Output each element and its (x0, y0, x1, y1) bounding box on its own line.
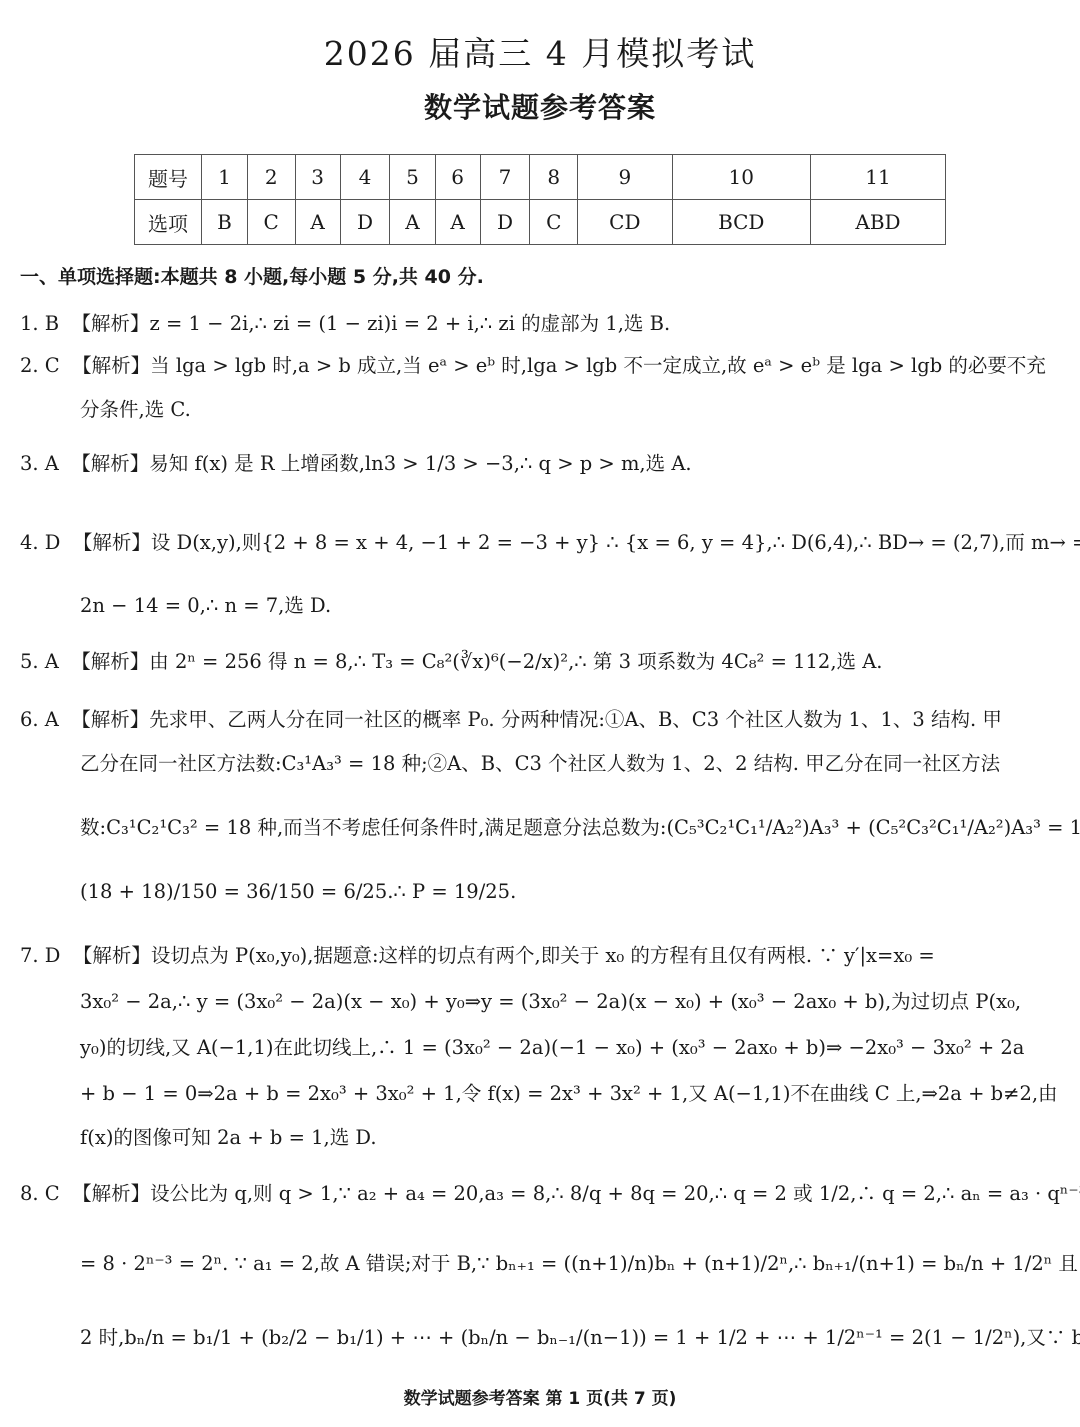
table-cell: 6 (435, 155, 480, 200)
table-cell: ABD (811, 200, 946, 245)
solution-6-cont: (18 + 18)/150 = 36/150 = 6/25.∴ P = 19/2… (80, 880, 516, 903)
solution-label: 4. D (20, 531, 60, 554)
solution-text: 【解析】设 D(x,y),则{2 + 8 = x + 4, −1 + 2 = −… (73, 531, 1080, 554)
solution-7: 7. D 【解析】设切点为 P(x₀,y₀),据题意:这样的切点有两个,即关于 … (20, 940, 935, 968)
table-cell: 7 (480, 155, 530, 200)
answer-key-table: 题号 1 2 3 4 5 6 7 8 9 10 11 选项 B C A D A … (134, 154, 946, 245)
solution-8: 8. C 【解析】设公比为 q,则 q > 1,∵ a₂ + a₄ = 20,a… (20, 1178, 1080, 1206)
solution-4: 4. D 【解析】设 D(x,y),则{2 + 8 = x + 4, −1 + … (20, 527, 1080, 555)
solution-text: 【解析】易知 f(x) 是 R 上增函数,ln3 > 1/3 > −3,∴ q … (71, 452, 691, 475)
solution-text: 【解析】设切点为 P(x₀,y₀),据题意:这样的切点有两个,即关于 x₀ 的方… (73, 944, 935, 967)
table-cell: 4 (340, 155, 390, 200)
solution-text: 【解析】由 2ⁿ = 256 得 n = 8,∴ T₃ = C₈²(∛x)⁶(−… (71, 650, 882, 673)
solution-5: 5. A 【解析】由 2ⁿ = 256 得 n = 8,∴ T₃ = C₈²(∛… (20, 646, 883, 674)
solution-label: 3. A (20, 452, 59, 475)
row-label-answer: 选项 (135, 200, 202, 245)
solution-text: 【解析】设公比为 q,则 q > 1,∵ a₂ + a₄ = 20,a₃ = 8… (72, 1182, 1080, 1205)
solution-6-cont: 数:C₃¹C₂¹C₃² = 18 种,而当不考虑任何条件时,满足题意分法总数为:… (80, 812, 1080, 840)
table-row-answers: 选项 B C A D A A D C CD BCD ABD (135, 200, 946, 245)
solution-6: 6. A 【解析】先求甲、乙两人分在同一社区的概率 P₀. 分两种情况:①A、B… (20, 704, 1002, 732)
table-cell: D (340, 200, 390, 245)
table-cell: 10 (672, 155, 810, 200)
table-cell: D (480, 200, 530, 245)
table-cell: A (435, 200, 480, 245)
table-cell: BCD (672, 200, 810, 245)
solution-text: 【解析】先求甲、乙两人分在同一社区的概率 P₀. 分两种情况:①A、B、C3 个… (71, 708, 1002, 731)
solution-7-cont: y₀)的切线,又 A(−1,1)在此切线上,∴ 1 = (3x₀² − 2a)(… (80, 1032, 1024, 1060)
table-cell: 1 (202, 155, 248, 200)
page-footer: 数学试题参考答案 第 1 页(共 7 页) (0, 1384, 1080, 1409)
table-cell: A (295, 200, 340, 245)
solution-label: 2. C (20, 354, 60, 377)
solution-text: 【解析】z = 1 − 2i,∴ zi = (1 − zi)i = 2 + i,… (72, 312, 671, 335)
solution-7-cont: + b − 1 = 0⇒2a + b = 2x₀³ + 3x₀² + 1,令 f… (80, 1078, 1058, 1106)
solution-1: 1. B 【解析】z = 1 − 2i,∴ zi = (1 − zi)i = 2… (20, 308, 670, 336)
solution-7-cont: f(x)的图像可知 2a + b = 1,选 D. (80, 1122, 377, 1150)
table-cell: 3 (295, 155, 340, 200)
document-subtitle: 数学试题参考答案 (0, 86, 1080, 126)
row-label-number: 题号 (135, 155, 202, 200)
table-cell: C (247, 200, 295, 245)
table-cell: 11 (811, 155, 946, 200)
solution-label: 6. A (20, 708, 59, 731)
solution-7-cont: 3x₀² − 2a,∴ y = (3x₀² − 2a)(x − x₀) + y₀… (80, 986, 1021, 1014)
table-cell: B (202, 200, 248, 245)
solution-2: 2. C 【解析】当 lga > lgb 时,a > b 成立,当 eᵃ > e… (20, 350, 1046, 378)
solution-label: 5. A (20, 650, 59, 673)
table-cell: A (390, 200, 435, 245)
solution-label: 7. D (20, 944, 60, 967)
solution-6-cont: 乙分在同一社区方法数:C₃¹A₃³ = 18 种;②A、B、C3 个社区人数为 … (80, 748, 1000, 776)
solution-2-cont: 分条件,选 C. (80, 394, 191, 422)
section-heading: 一、单项选择题:本题共 8 小题,每小题 5 分,共 40 分. (20, 262, 484, 289)
table-row-numbers: 题号 1 2 3 4 5 6 7 8 9 10 11 (135, 155, 946, 200)
solution-label: 1. B (20, 312, 59, 335)
table-cell: 8 (530, 155, 578, 200)
solution-label: 8. C (20, 1182, 60, 1205)
exam-title: 2026 届高三 4 月模拟考试 (0, 28, 1080, 75)
table-cell: 5 (390, 155, 435, 200)
solution-8-cont: 2 时,bₙ/n = b₁/1 + (b₂/2 − b₁/1) + ⋯ + (b… (80, 1322, 1080, 1350)
table-cell: CD (578, 200, 672, 245)
table-cell: 2 (247, 155, 295, 200)
solution-8-cont: = 8 · 2ⁿ⁻³ = 2ⁿ. ∵ a₁ = 2,故 A 错误;对于 B,∵ … (80, 1248, 1080, 1276)
table-cell: C (530, 200, 578, 245)
table-cell: 9 (578, 155, 672, 200)
solution-3: 3. A 【解析】易知 f(x) 是 R 上增函数,ln3 > 1/3 > −3… (20, 448, 692, 476)
solution-4-cont: 2n − 14 = 0,∴ n = 7,选 D. (80, 590, 331, 618)
solution-text: 【解析】当 lga > lgb 时,a > b 成立,当 eᵃ > eᵇ 时,l… (72, 354, 1046, 377)
